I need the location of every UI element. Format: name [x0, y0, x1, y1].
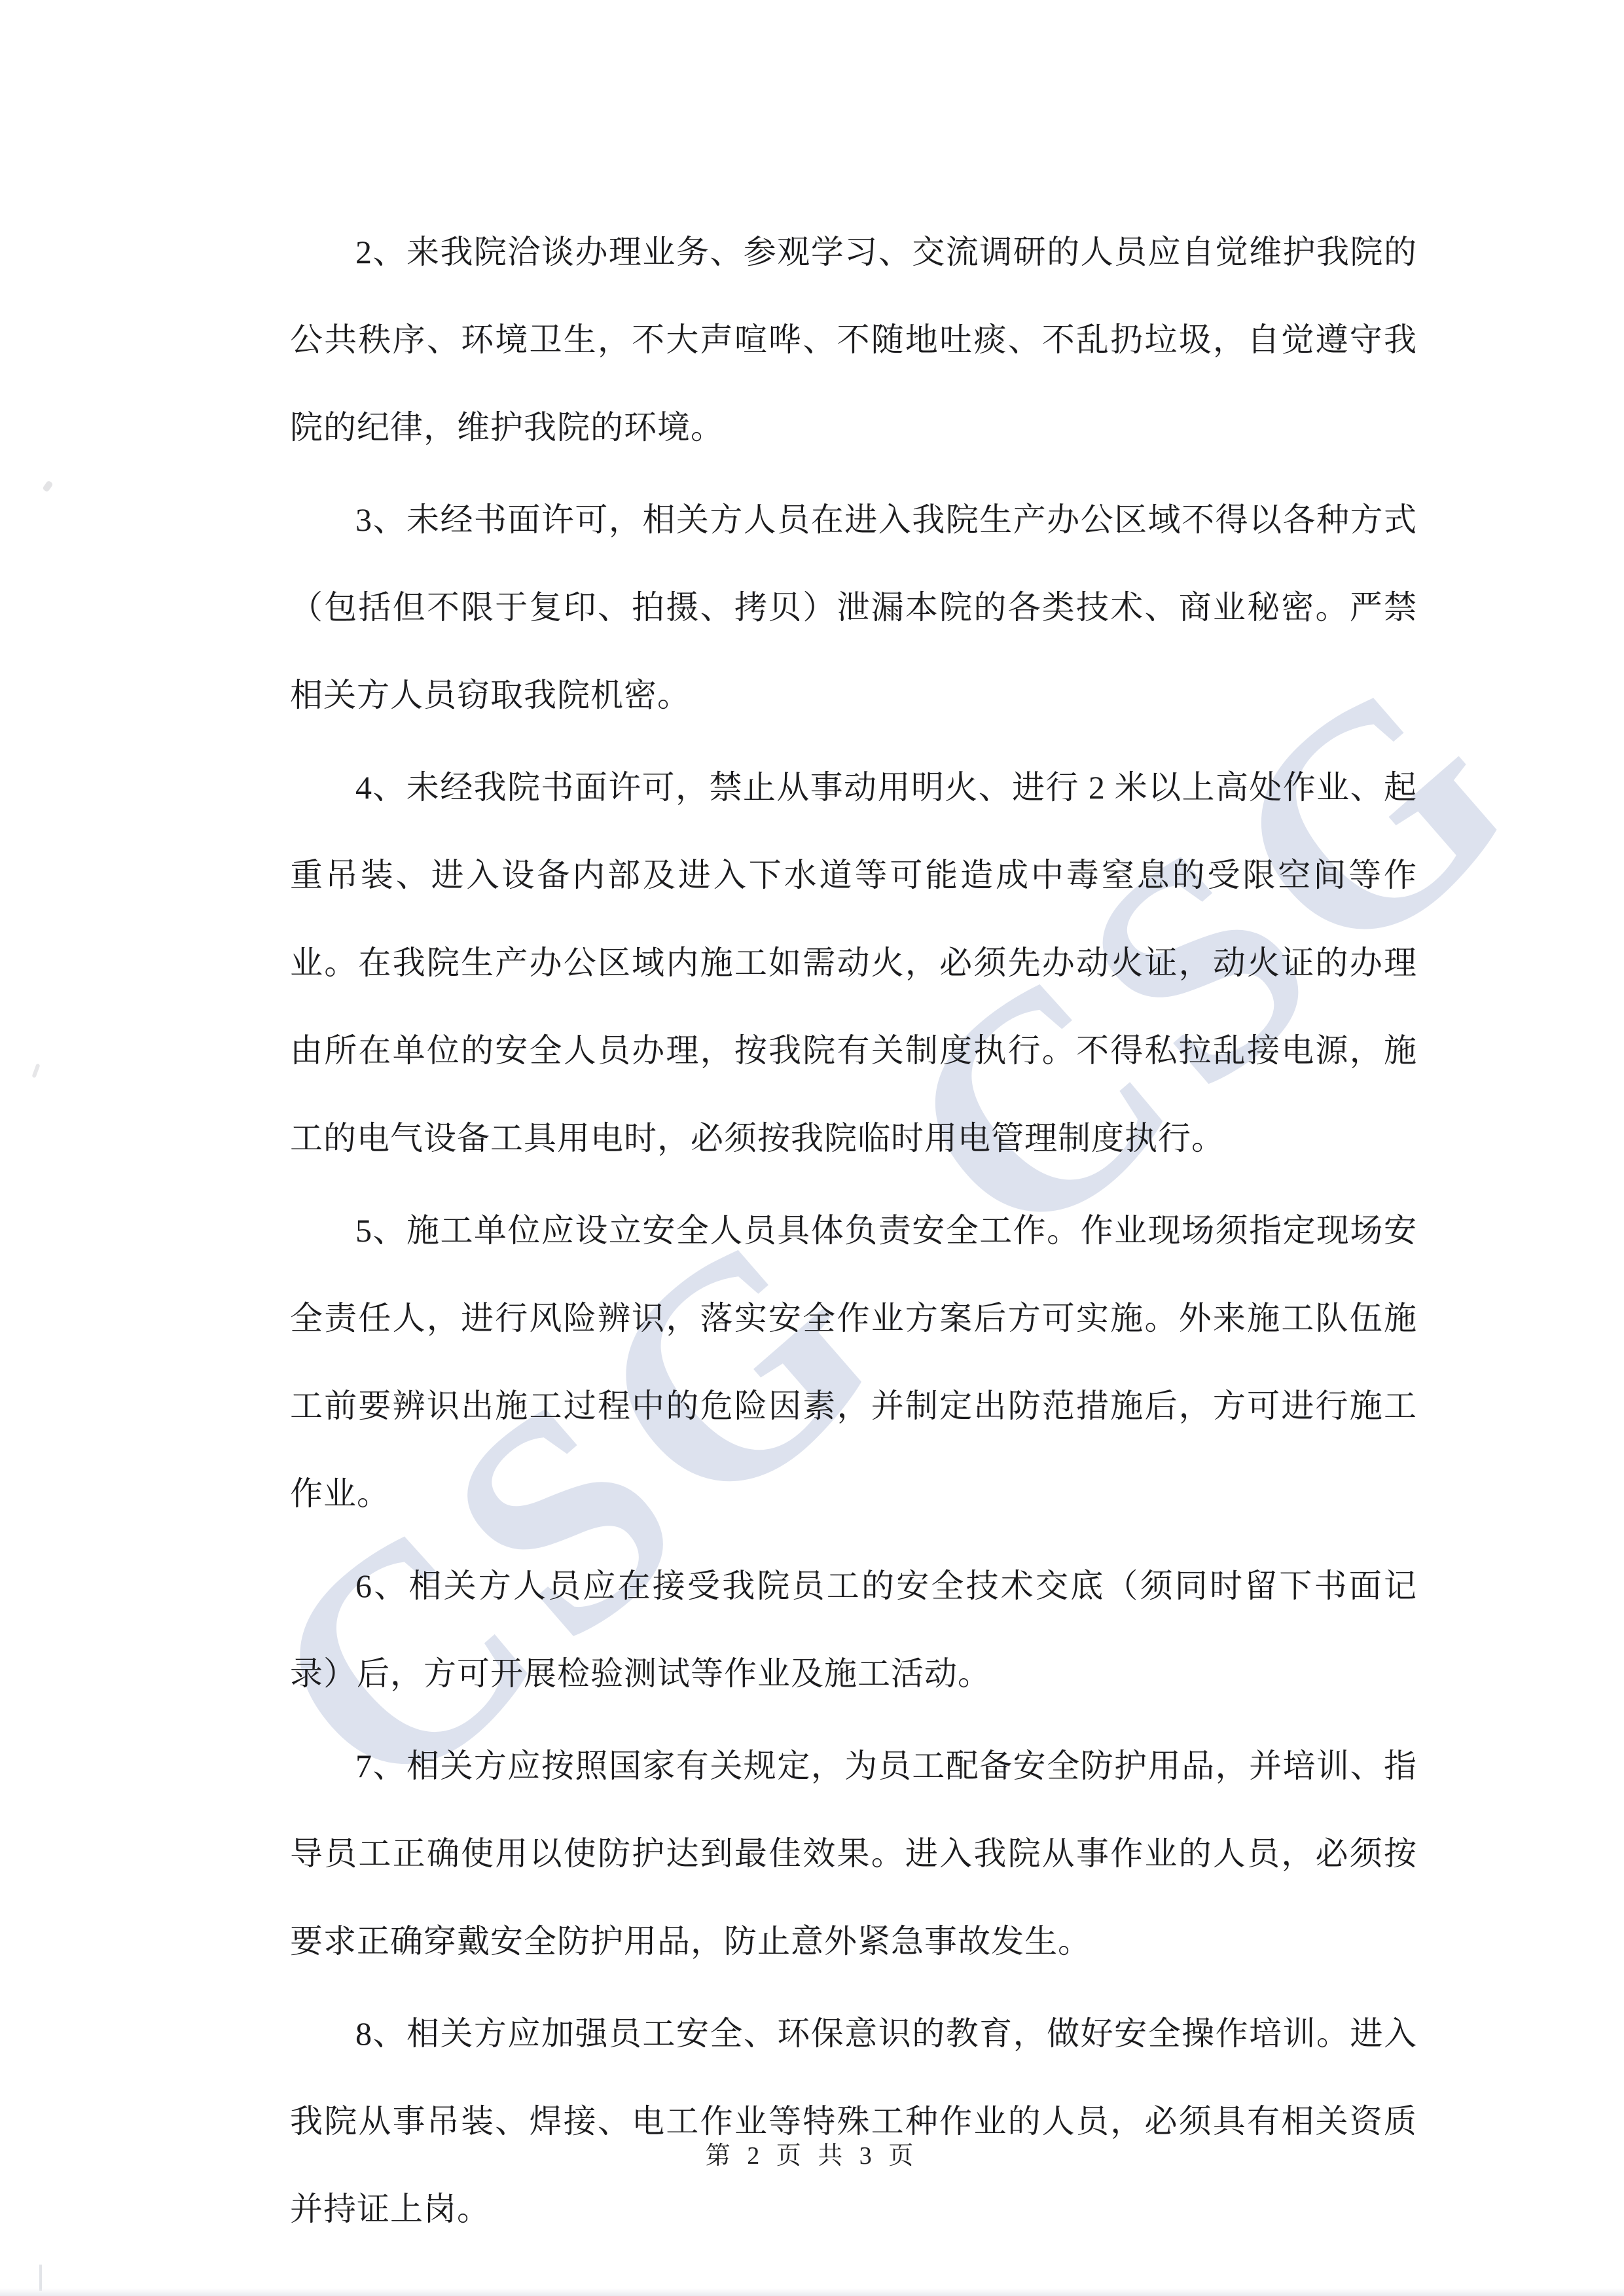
paragraph-5: 5、施工单位应设立安全人员具体负责安全工作。作业现场须指定现场安全责任人，进行风… — [290, 1187, 1417, 1537]
paragraph-6: 6、相关方人员应在接受我院员工的安全技术交底（须同时留下书面记录）后，方可开展检… — [290, 1542, 1417, 1717]
scanned-document-page: CSG CSG 2、来我院洽谈办理业务、参观学习、交流调研的人员应自觉维护我院的… — [0, 0, 1624, 2296]
page-footer: 第 2 页 共 3 页 — [0, 2135, 1624, 2171]
scan-edge-shadow — [0, 2288, 1624, 2296]
document-body: 2、来我院洽谈办理业务、参观学习、交流调研的人员应自觉维护我院的公共秩序、环境卫… — [290, 208, 1417, 2257]
paragraph-3: 3、未经书面许可，相关方人员在进入我院生产办公区域不得以各种方式（包括但不限于复… — [290, 476, 1417, 739]
page-number-label: 第 2 页 共 3 页 — [706, 2142, 919, 2170]
paragraph-8: 8、相关方应加强员工安全、环保意识的教育，做好安全操作培训。进入我院从事吊装、焊… — [290, 1990, 1417, 2253]
paragraph-2: 2、来我院洽谈办理业务、参观学习、交流调研的人员应自觉维护我院的公共秩序、环境卫… — [290, 208, 1417, 471]
paragraph-4: 4、未经我院书面许可，禁止从事动用明火、进行 2 米以上高处作业、起重吊装、进入… — [290, 744, 1417, 1182]
scan-speck — [39, 2265, 42, 2291]
scan-speck — [31, 1064, 40, 1079]
scan-speck — [42, 480, 53, 493]
paragraph-7: 7、相关方应按照国家有关规定，为员工配备安全防护用品，并培训、指导员工正确使用以… — [290, 1722, 1417, 1985]
